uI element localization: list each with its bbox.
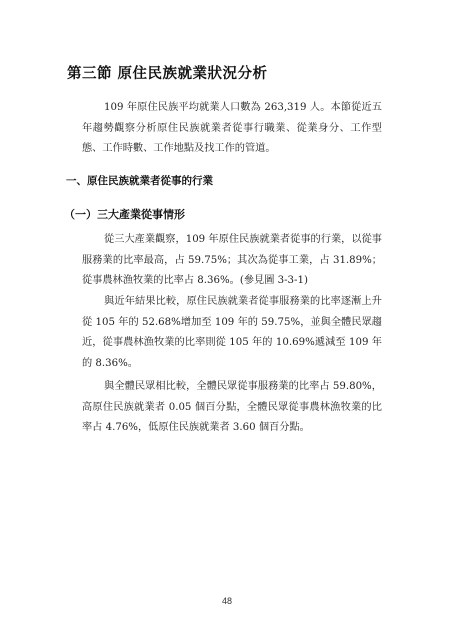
sub-subsection-heading: （一）三大產業從事情形	[64, 206, 185, 222]
document-page: 第三節 原住民族就業狀況分析 109 年原住民族平均就業人口數為 263,319…	[0, 0, 452, 640]
paragraph-text: 與近年結果比較，原住民族就業者從事服務業的比率逐漸上升從 105 年的 52.6…	[82, 296, 382, 369]
section-title: 第三節 原住民族就業狀況分析	[67, 62, 268, 83]
intro-paragraph: 109 年原住民族平均就業人口數為 263,319 人。本節從近五年趨勢觀察分析…	[82, 98, 382, 160]
paragraph-trend-comparison: 與近年結果比較，原住民族就業者從事服務業的比率逐漸上升從 105 年的 52.6…	[82, 292, 382, 374]
paragraph-industry-share: 從三大產業觀察，109 年原住民族就業者從事的行業，以從事服務業的比率最高，占 …	[82, 230, 382, 292]
intro-paragraph-text: 109 年原住民族平均就業人口數為 263,319 人。本節從近五年趨勢觀察分析…	[82, 102, 382, 154]
paragraph-population-comparison: 與全體民眾相比較，全體民眾從事服務業的比率占 59.80%，高原住民族就業者 0…	[82, 377, 382, 439]
page-number: 48	[222, 596, 232, 606]
subsection-heading: 一、原住民族就業者從事的行業	[66, 173, 213, 188]
paragraph-text: 與全體民眾相比較，全體民眾從事服務業的比率占 59.80%，高原住民族就業者 0…	[82, 381, 382, 433]
paragraph-text: 從三大產業觀察，109 年原住民族就業者從事的行業，以從事服務業的比率最高，占 …	[82, 234, 382, 286]
